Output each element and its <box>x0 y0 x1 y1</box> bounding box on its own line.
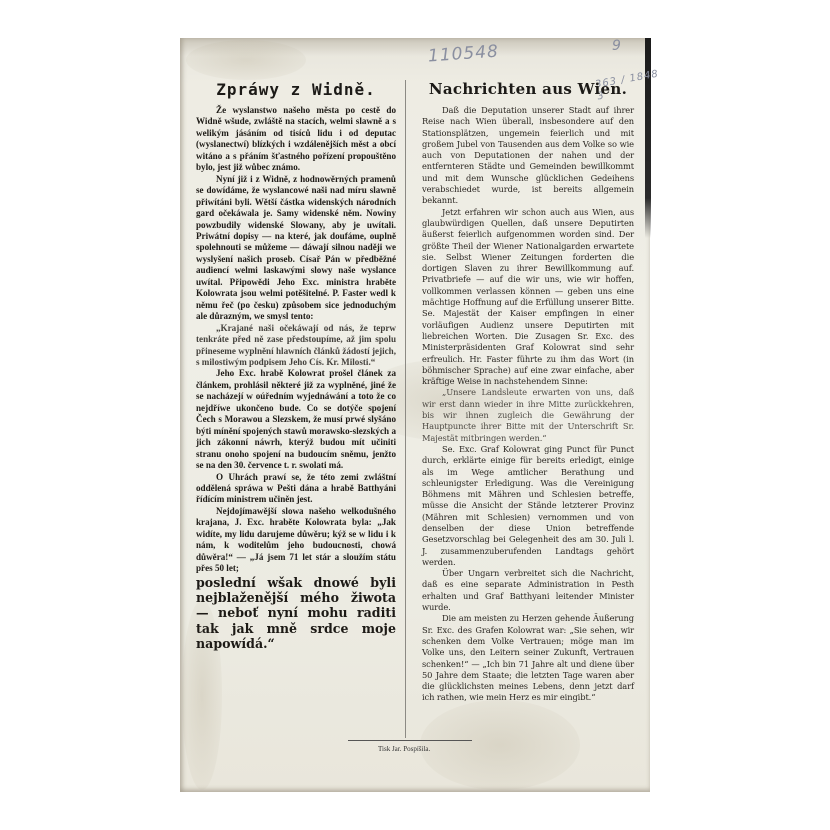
czech-column: Zpráwy z Widně. Že wyslanstwo našeho měs… <box>196 80 396 652</box>
german-paragraph: Daß die Deputation unserer Stadt auf ihr… <box>422 105 634 207</box>
czech-closing-quote: poslední wšak dnowé byli nejblaženější m… <box>196 575 396 652</box>
paper-stain <box>186 40 306 80</box>
german-paragraph: Über Ungarn verbreitet sich die Nachrich… <box>422 568 634 613</box>
german-paragraph: Die am meisten zu Herzen gehende Äußerun… <box>422 613 634 703</box>
german-column: Nachrichten aus Wien. Daß die Deputation… <box>422 80 634 704</box>
imprint-rule <box>348 740 472 741</box>
column-divider <box>405 80 406 738</box>
corner-mark-handwritten: 9 <box>612 38 622 54</box>
czech-paragraph: Nyní již i z Widně, z hodnowěrných prame… <box>196 174 396 323</box>
german-paragraph: Jetzt erfahren wir schon auch aus Wien, … <box>422 207 634 388</box>
german-quote-paragraph: „Unsere Landsleute erwarten von uns, daß… <box>422 387 634 443</box>
czech-quote-paragraph: „Krajané naši očekáwají od nás, že teprw… <box>196 323 396 369</box>
czech-paragraph: Že wyslanstwo našeho města po cestě do W… <box>196 105 396 174</box>
page-edge-shadow <box>645 38 651 238</box>
german-paragraph: Se. Exc. Graf Kolowrat ging Punct für Pu… <box>422 444 634 568</box>
czech-paragraph: O Uhrách prawí se, že této zemi zwláštní… <box>196 472 396 506</box>
czech-paragraph: Jeho Exc. hrabě Kolowrat prošel článek z… <box>196 368 396 471</box>
czech-headline: Zpráwy z Widně. <box>196 80 396 99</box>
czech-paragraph: Nejdojímawější slowa našeho welkodušného… <box>196 506 396 575</box>
paper-stain <box>420 700 580 790</box>
printer-imprint: Tisk Jar. Pospíšila. <box>378 745 430 753</box>
german-headline: Nachrichten aus Wien. <box>422 80 634 98</box>
